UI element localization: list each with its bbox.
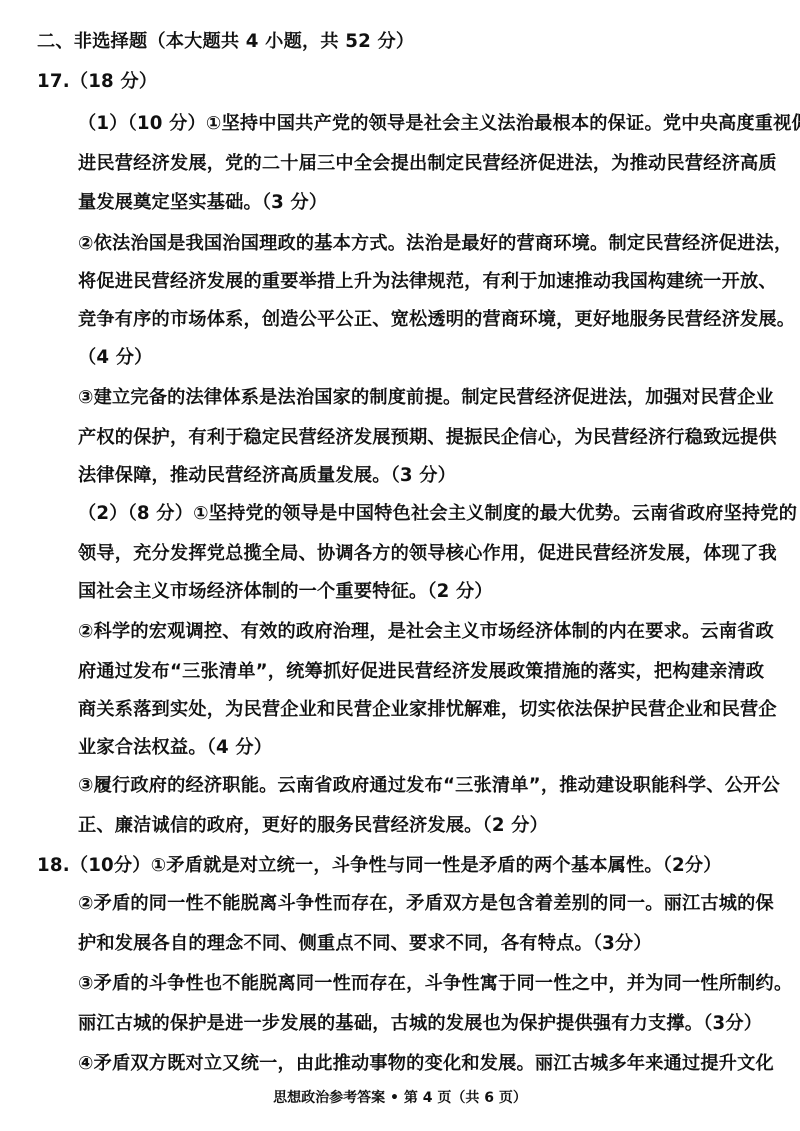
question-18-label: 18.（10分）①矛盾就是对立统一，斗争性与同一性是矛盾的两个基本属性。（2分） (37, 854, 722, 878)
q17-line: 进民营经济发展，党的二十届三中全会提出制定民营经济促进法，为推动民营经济高质 (78, 152, 777, 176)
q18-line: ③矛盾的斗争性也不能脱离同一性而存在，斗争性寓于同一性之中，并为同一性所制约。 (78, 972, 792, 996)
page-footer: 思想政治参考答案 • 第 4 页（共 6 页） (0, 1088, 800, 1108)
q17-line: 将促进民营经济发展的重要举措上升为法律规范，有利于加速推动我国构建统一开放、 (78, 270, 777, 294)
q18-line: ④矛盾双方既对立又统一，由此推动事物的变化和发展。丽江古城多年来通过提升文化 (78, 1052, 774, 1076)
q17-line: 法律保障，推动民营经济高质量发展。（3 分） (78, 464, 456, 488)
q17-line: 量发展奠定坚实基础。（3 分） (78, 191, 327, 215)
q17-line: 商关系落到实处，为民营企业和民营企业家排忧解难，切实依法保护民营企业和民营企 (78, 698, 777, 722)
question-17-label: 17.（18 分） (37, 70, 157, 94)
q17-line: ②科学的宏观调控、有效的政府治理，是社会主义市场经济体制的内在要求。云南省政 (78, 620, 774, 644)
q17-line: （4 分） (78, 346, 153, 370)
q17-line: 正、廉洁诚信的政府，更好的服务民营经济发展。（2 分） (78, 814, 548, 838)
q17-line: 竞争有序的市场体系，创造公平公正、宽松透明的营商环境，更好地服务民营经济发展。 (78, 308, 795, 332)
q17-line: 府通过发布“三张清单”，统筹抓好促进民营经济发展政策措施的落实，把构建亲清政 (78, 660, 764, 684)
q17-line: ②依法治国是我国治国理政的基本方式。法治是最好的营商环境。制定民营经济促进法， (78, 232, 792, 256)
q18-line: 护和发展各自的理念不同、侧重点不同、要求不同，各有特点。（3分） (78, 932, 652, 956)
q17-line: 业家合法权益。（4 分） (78, 736, 272, 760)
q17-line: 国社会主义市场经济体制的一个重要特征。（2 分） (78, 580, 493, 604)
q17-line: （1）（10 分）①坚持中国共产党的领导是社会主义法治最根本的保证。党中央高度重… (78, 112, 800, 136)
q17-line: ③履行政府的经济职能。云南省政府通过发布“三张清单”，推动建设职能科学、公开公 (78, 774, 780, 798)
q18-line: 丽江古城的保护是进一步发展的基础，古城的发展也为保护提供强有力支撑。（3分） (78, 1012, 762, 1036)
q17-line: 领导，充分发挥党总揽全局、协调各方的领导核心作用，促进民营经济发展，体现了我 (78, 542, 777, 566)
section-heading: 二、非选择题（本大题共 4 小题，共 52 分） (37, 30, 414, 54)
q17-line: 产权的保护，有利于稳定民营经济发展预期、提振民企信心，为民营经济行稳致远提供 (78, 426, 777, 450)
q18-line: ②矛盾的同一性不能脱离斗争性而存在，矛盾双方是包含着差别的同一。丽江古城的保 (78, 892, 774, 916)
q17-line: （2）（8 分）①坚持党的领导是中国特色社会主义制度的最大优势。云南省政府坚持党… (78, 502, 797, 526)
q17-line: ③建立完备的法律体系是法治国家的制度前提。制定民营经济促进法，加强对民营企业 (78, 386, 774, 410)
